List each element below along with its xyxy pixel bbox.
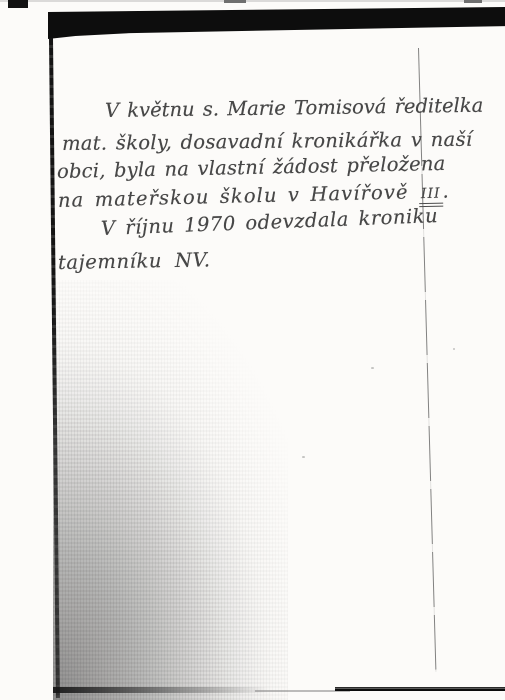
scan-noise-dash bbox=[224, 0, 246, 3]
scan-speck bbox=[371, 367, 374, 369]
binding-shadow bbox=[53, 280, 288, 700]
scan-top-streak bbox=[0, 0, 505, 2]
scan-noise-dash bbox=[464, 0, 482, 3]
handwritten-line-2: mat. školy, dosavadní kronikářka v naší bbox=[62, 128, 473, 156]
handwritten-line-3: obci, byla na vlastní žádost přeložena bbox=[57, 152, 446, 184]
book-cover-edge bbox=[48, 7, 505, 40]
handwritten-line-6: tajemníku NV. bbox=[58, 248, 211, 274]
scan-speck bbox=[453, 348, 455, 350]
scan-speck bbox=[302, 456, 305, 458]
scanned-page: V květnu s. Marie Tomisová ředitelka mat… bbox=[0, 0, 505, 700]
scan-corner-mark bbox=[8, 0, 28, 8]
handwritten-line-4-period: . bbox=[442, 179, 450, 202]
bottom-shadow-edge bbox=[53, 687, 268, 693]
handwritten-line-1: V květnu s. Marie Tomisová ředitelka bbox=[105, 94, 484, 123]
bottom-edge-line-dark bbox=[335, 687, 505, 691]
